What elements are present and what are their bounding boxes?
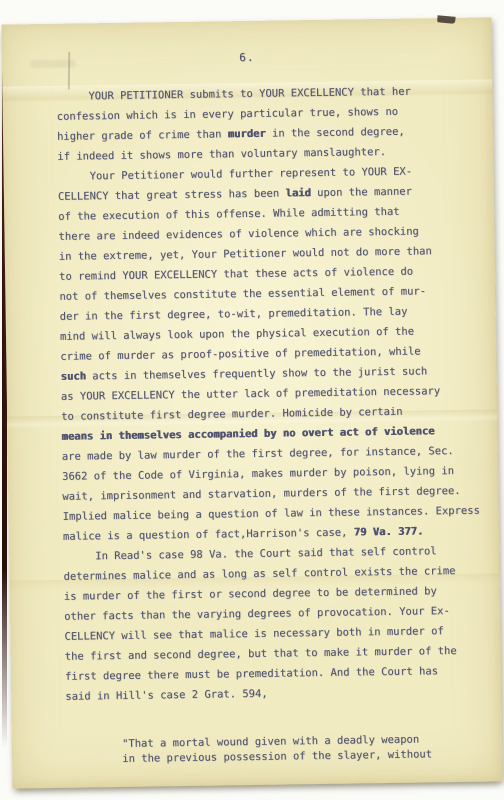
case-quote-block: "That a mortal wound given with a deadly… bbox=[122, 732, 482, 767]
petition-body-text: YOUR PETITIONER submits to YOUR EXCELLEN… bbox=[56, 81, 485, 707]
paragraph: YOUR PETITIONER submits to YOUR EXCELLEN… bbox=[56, 81, 477, 167]
page-number: 6. bbox=[2, 47, 492, 67]
paragraph: Your Petitioner would further represent … bbox=[57, 161, 483, 547]
scan-background: 6. YOUR PETITIONER submits to YOUR EXCEL… bbox=[0, 0, 504, 800]
corner-notch bbox=[437, 15, 456, 24]
document-page: 6. YOUR PETITIONER submits to YOUR EXCEL… bbox=[1, 17, 502, 788]
paragraph: In Read's case 98 Va. the Court said tha… bbox=[63, 541, 485, 707]
